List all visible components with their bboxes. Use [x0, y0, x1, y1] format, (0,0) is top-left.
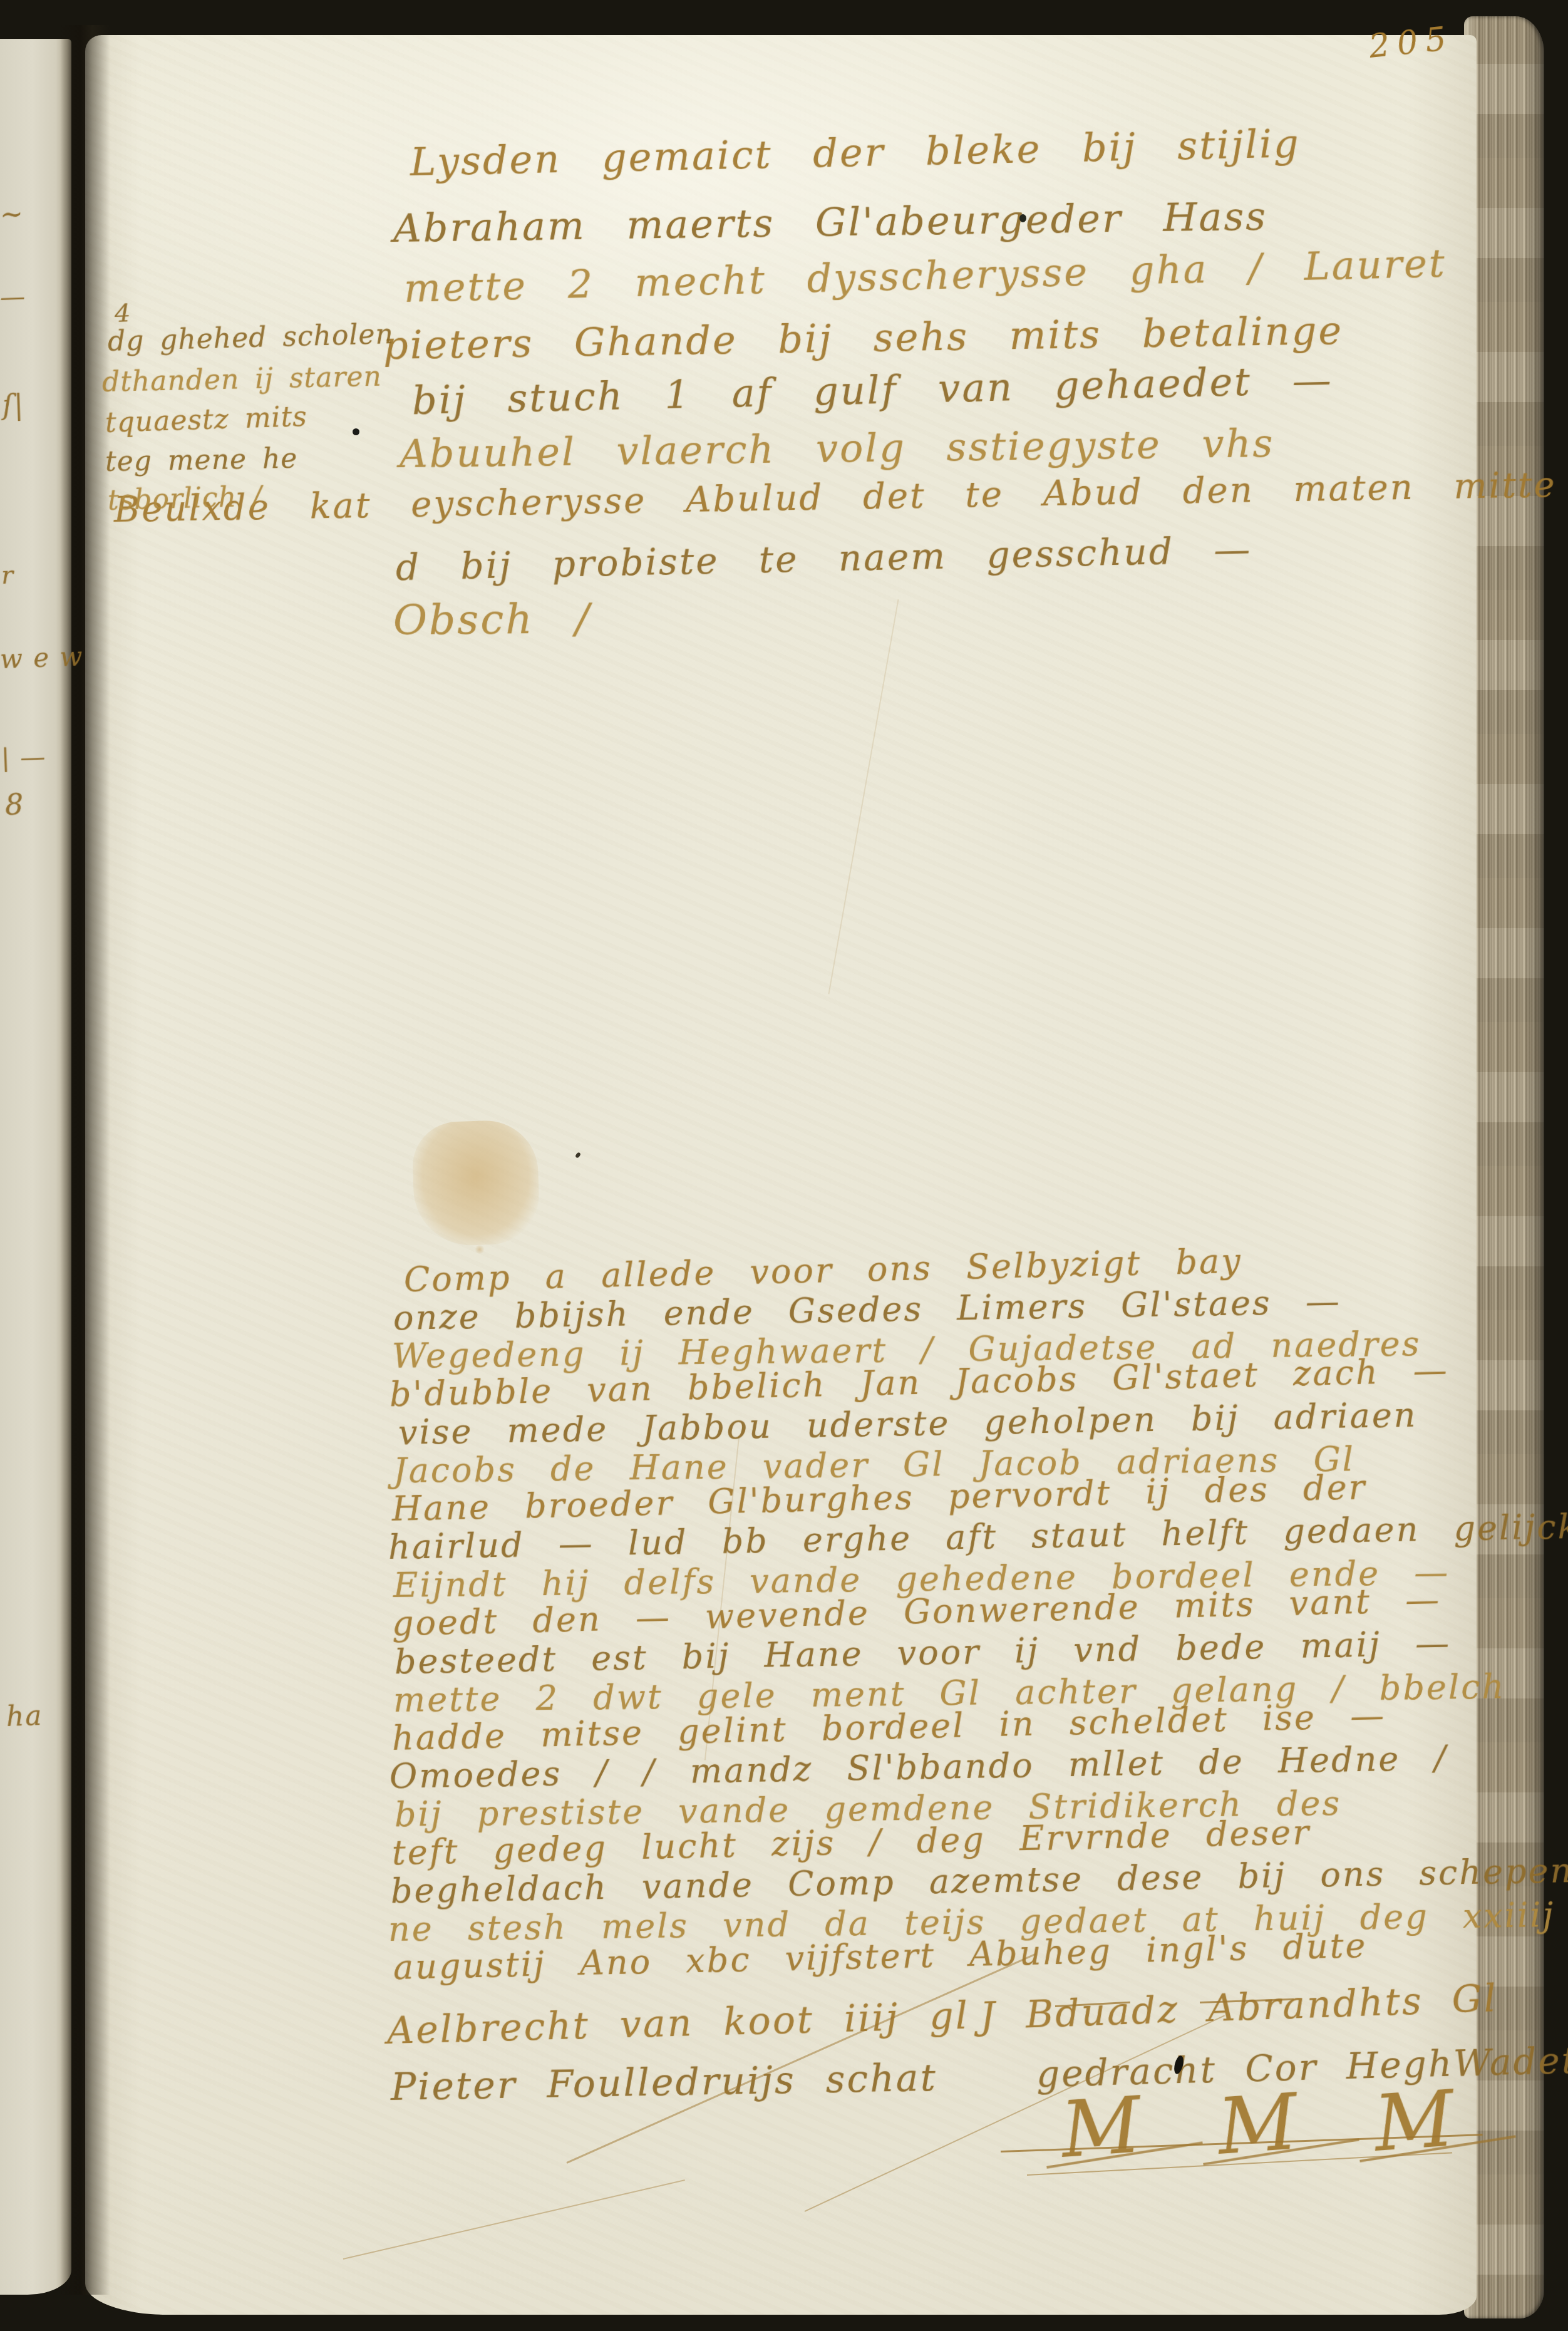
stain	[411, 1119, 541, 1248]
margin-mark: 4	[114, 299, 132, 328]
previous-page-ink-fragment: w e w	[0, 641, 84, 674]
margin-note-line: tquaestz mits	[105, 401, 307, 439]
previous-page-ink-fragment: ~	[0, 199, 25, 231]
previous-page-ink-fragment: ha	[6, 1700, 43, 1733]
previous-page-ink-fragment: r	[1, 561, 15, 590]
previous-page-ink-fragment: —	[0, 282, 27, 312]
margin-note-line: tsborlich /	[107, 481, 262, 517]
manuscript-photo: 205 Lysden gemaict der bleke bij stijlig…	[0, 0, 1568, 2331]
margin-note-line: teg mene he	[105, 443, 298, 478]
previous-page-ink-fragment: ſ|	[2, 389, 25, 421]
notary-paraph: M	[1215, 2077, 1301, 2173]
gutter-shadow	[60, 25, 110, 2295]
ink-speck	[353, 428, 359, 435]
notary-paraph: M	[1058, 2080, 1144, 2176]
margin-note-line: dthanden ij staren	[101, 361, 382, 398]
handwritten-line: Obsch /	[393, 594, 592, 644]
stain-dot	[475, 1245, 485, 1254]
previous-page-ink-fragment: | —	[1, 742, 47, 772]
previous-page-ink-fragment: 8	[4, 787, 25, 822]
ink-speck	[1019, 214, 1026, 222]
